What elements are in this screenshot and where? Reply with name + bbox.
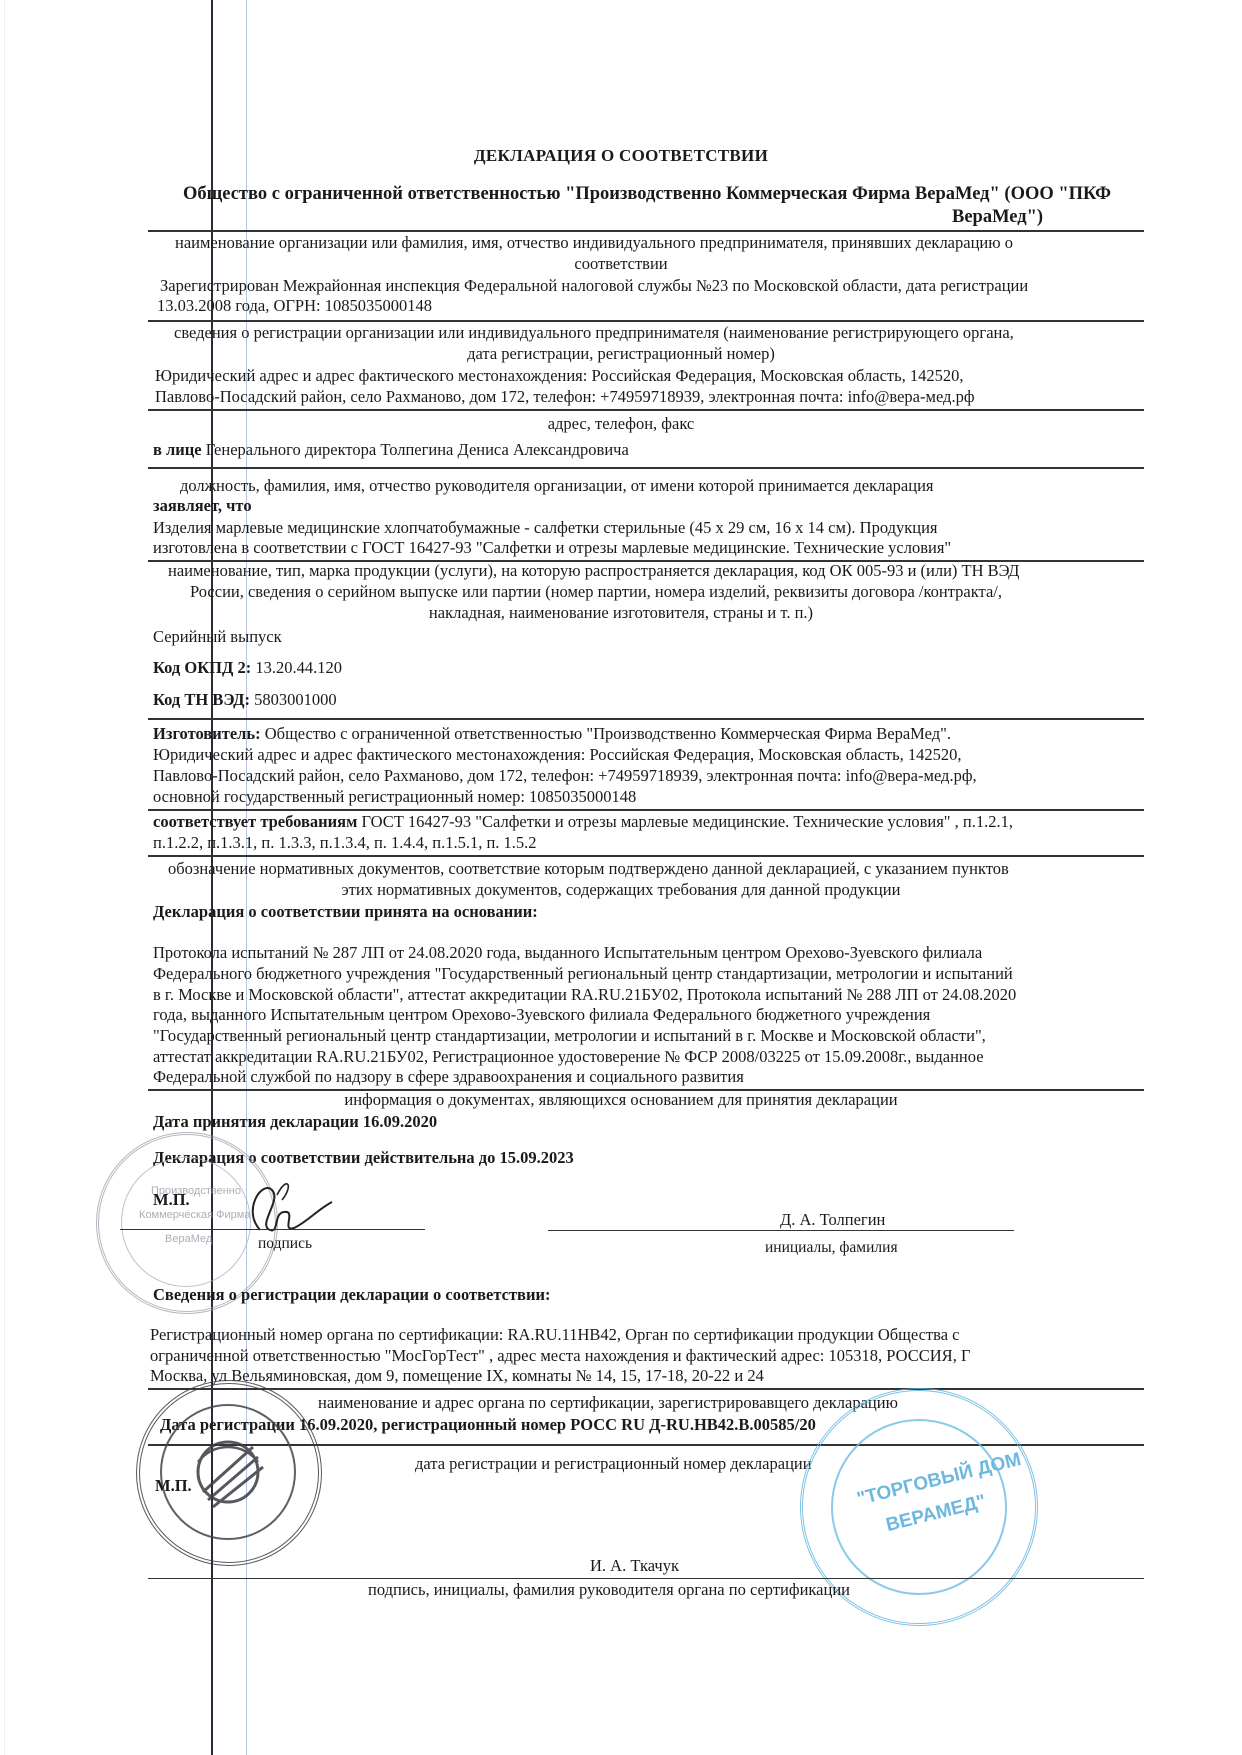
stamp-emblem-icon [178, 1422, 278, 1522]
divider [148, 1578, 1144, 1579]
manufacturer-label: Изготовитель: [153, 724, 261, 743]
registration-caption-line1: сведения о регистрации организации или и… [174, 323, 1014, 343]
registration-info-line1: Регистрационный номер органа по сертифик… [150, 1325, 960, 1345]
manufacturer-line4: основной государственный регистрационный… [153, 787, 636, 807]
divider [148, 855, 1144, 857]
okpd-value: 13.20.44.120 [255, 658, 342, 677]
address-caption: адрес, телефон, факс [0, 414, 1242, 434]
conformity-standard: ГОСТ 16427-93 "Салфетки и отрезы марлевы… [361, 812, 1013, 831]
basis-line: Федерального бюджетного учреждения "Госу… [153, 964, 1013, 984]
applicant-caption-line1: наименование организации или фамилия, им… [175, 233, 1013, 253]
product-caption-line1: наименование, тип, марка продукции (услу… [168, 561, 1019, 581]
signature-caption: подпись [258, 1234, 312, 1254]
product-line1: Изделия марлевые медицинские хлопчатобум… [153, 518, 938, 538]
tnved-code: Код ТН ВЭД: 5803001000 [153, 690, 337, 710]
tnved-value: 5803001000 [254, 690, 337, 709]
signature-line [120, 1229, 425, 1230]
registration-info-caption2: дата регистрации и регистрационный номер… [415, 1454, 812, 1474]
product-caption-line3: накладная, наименование изготовителя, ст… [0, 603, 1242, 623]
divider [148, 1388, 1144, 1390]
applicant-name-line1: Общество с ограниченной ответственностью… [183, 184, 1111, 204]
stamp-text-line: ВераМед [165, 1233, 212, 1245]
basis-line: "Государственный региональный центр стан… [153, 1026, 986, 1046]
applicant-name-line2: ВераМед") [952, 207, 1043, 227]
conformity-line2: п.1.2.2, п.1.3.1, п. 1.3.3, п.1.3.4, п. … [153, 833, 537, 853]
basis-line: Протокола испытаний № 287 ЛП от 24.08.20… [153, 943, 982, 963]
divider [148, 320, 1144, 322]
registration-caption-line2: дата регистрации, регистрационный номер) [0, 344, 1242, 364]
address-line1: Юридический адрес и адрес фактического м… [155, 366, 964, 386]
name-line [548, 1230, 1014, 1231]
declaration-page: ДЕКЛАРАЦИЯ О СООТВЕТСТВИИ Общество с огр… [0, 0, 1242, 1755]
address-line2: Павлово-Посадский район, село Рахманово,… [155, 387, 975, 407]
manufacturer-line2: Юридический адрес и адрес фактического м… [153, 745, 962, 765]
mp-label-2: М.П. [155, 1476, 192, 1496]
divider [148, 409, 1144, 411]
divider [148, 809, 1144, 811]
basis-line: Федеральной службой по надзору в сфере з… [153, 1067, 744, 1087]
basis-line: аттестат аккредитации RA.RU.21БУ02, Реги… [153, 1047, 984, 1067]
document-title: ДЕКЛАРАЦИЯ О СООТВЕТСТВИИ [0, 146, 1242, 166]
name-caption: инициалы, фамилия [765, 1238, 898, 1258]
okpd-code: Код ОКПД 2: 13.20.44.120 [153, 658, 342, 678]
serial-release: Серийный выпуск [153, 627, 282, 647]
certification-body-stamp [136, 1380, 322, 1566]
date-accepted: Дата принятия декларации 16.09.2020 [153, 1112, 437, 1132]
product-line2: изготовлена в соответствии с ГОСТ 16427-… [153, 538, 951, 558]
mp-label-1: М.П. [153, 1190, 190, 1210]
manufacturer-line3: Павлово-Посадский район, село Рахманово,… [153, 766, 977, 786]
representative-line: в лице Генерального директора Толпегина … [153, 440, 629, 460]
conformity-caption-line1: обозначение нормативных документов, соот… [168, 859, 1009, 879]
conformity-caption-line2: этих нормативных документов, содержащих … [0, 880, 1242, 900]
tnved-label: Код ТН ВЭД: [153, 690, 250, 709]
divider [148, 718, 1144, 720]
head-name: И. А. Ткачук [590, 1556, 679, 1576]
product-caption-line2: России, сведения о серийном выпуске или … [190, 582, 1002, 602]
basis-caption: информация о документах, являющихся осно… [0, 1090, 1242, 1110]
representative-prefix: в лице [153, 440, 202, 459]
divider [148, 230, 1144, 232]
registration-info-line2: ограниченной ответственностью "МосГорТес… [150, 1346, 970, 1366]
conformity-line1: соответствует требованиям ГОСТ 16427-93 … [153, 812, 1013, 832]
basis-line: в г. Москве и Московской области", аттес… [153, 985, 1016, 1005]
divider [148, 467, 1144, 469]
manufacturer-line1: Изготовитель: Общество с ограниченной от… [153, 724, 951, 744]
registration-line2: 13.03.2008 года, ОГРН: 1085035000148 [157, 296, 432, 316]
representative-value: Генерального директора Толпегина Дениса … [206, 440, 629, 459]
okpd-label: Код ОКПД 2: [153, 658, 251, 677]
registration-info-caption3: подпись, инициалы, фамилия руководителя … [368, 1580, 850, 1600]
conformity-label: соответствует требованиям [153, 812, 357, 831]
applicant-caption-line2: соответствии [0, 254, 1242, 274]
basis-heading: Декларация о соответствии принята на осн… [153, 902, 538, 922]
signatory-name: Д. А. Толпегин [780, 1210, 885, 1230]
representative-caption: должность, фамилия, имя, отчество руково… [180, 476, 934, 496]
manufacturer-name: Общество с ограниченной ответственностью… [265, 724, 951, 743]
registration-info-caption1: наименование и адрес органа по сертифика… [318, 1393, 898, 1413]
basis-line: года, выданного Испытательным центром Ор… [153, 1005, 930, 1025]
registration-line1: Зарегистрирован Межрайонная инспекция Фе… [160, 276, 1028, 296]
declares-label: заявляет, что [153, 496, 252, 516]
registration-info-heading: Сведения о регистрации декларации о соот… [153, 1285, 550, 1305]
